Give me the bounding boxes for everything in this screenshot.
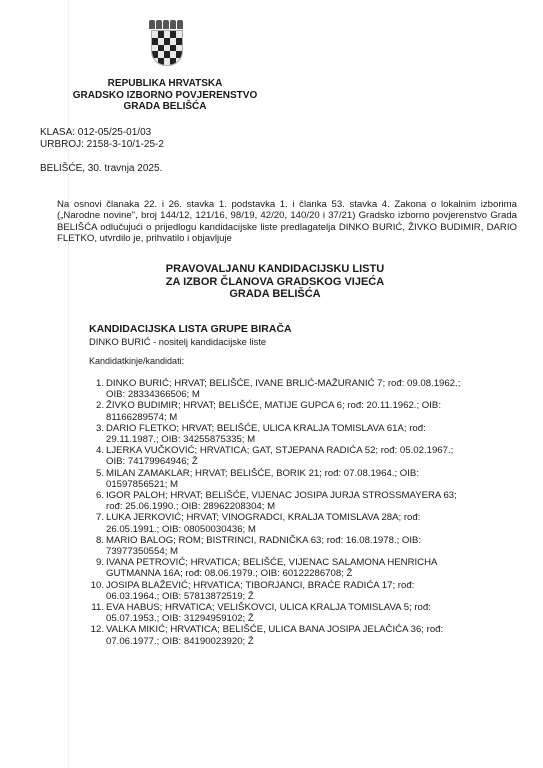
- title-line: PRAVOVALJANU KANDIDACIJSKU LISTU: [120, 263, 430, 276]
- candidate-number: 8.: [84, 535, 104, 546]
- candidate-number: 5.: [84, 468, 104, 479]
- candidate-number: 7.: [84, 512, 104, 523]
- candidate-item: 7.LUKA JERKOVIĆ; HRVAT; VINOGRADCI, KRAL…: [84, 512, 464, 534]
- candidate-details: EVA HABUS; HRVATICA; VELIŠKOVCI, ULICA K…: [106, 602, 431, 624]
- title-line: ZA IZBOR ČLANOVA GRADSKOG VIJEĆA: [120, 276, 430, 289]
- candidate-details: DARIO FLETKO; HRVAT; BELIŠĆE, ULICA KRAL…: [106, 423, 426, 445]
- header-line: REPUBLIKA HRVATSKA: [70, 78, 260, 90]
- candidate-details: ŽIVKO BUDIMIR; HRVAT; BELIŠĆE, MATIJE GU…: [106, 400, 441, 422]
- candidate-details: LUKA JERKOVIĆ; HRVAT; VINOGRADCI, KRALJA…: [106, 512, 420, 534]
- candidate-number: 1.: [84, 378, 104, 389]
- candidate-details: VALKA MIKIĆ; HRVATICA; BELIŠĆE, ULICA BA…: [106, 624, 443, 646]
- document-date: BELIŠĆE, 30. travnja 2025.: [40, 163, 162, 174]
- candidate-number: 4.: [84, 445, 104, 456]
- candidate-details: JOSIPA BLAŽEVIĆ; HRVATICA; TIBORJANCI, B…: [106, 580, 414, 602]
- klasa: KLASA: 012-05/25-01/03: [40, 127, 164, 139]
- candidate-item: 9.IVANA PETROVIĆ; HRVATICA; BELIŠĆE, VIJ…: [84, 557, 464, 579]
- candidate-details: DINKO BURIĆ; HRVAT; BELIŠĆE, IVANE BRLIĆ…: [106, 378, 460, 400]
- candidate-item: 2.ŽIVKO BUDIMIR; HRVAT; BELIŠĆE, MATIJE …: [84, 400, 464, 422]
- candidate-details: IGOR PALOH; HRVAT; BELIŠĆE, VIJENAC JOSI…: [106, 490, 457, 512]
- legal-basis-paragraph: Na osnovi članaka 22. i 26. stavka 1. po…: [57, 199, 517, 244]
- candidate-item: 1.DINKO BURIĆ; HRVAT; BELIŠĆE, IVANE BRL…: [84, 378, 464, 400]
- candidate-item: 8.MARIO BALOG; ROM; BISTRINCI, RADNIČKA …: [84, 535, 464, 557]
- candidate-item: 4.LJERKA VUČKOVIĆ; HRVATICA; GAT, STJEPA…: [84, 445, 464, 467]
- scan-edge: [68, 0, 69, 768]
- urbroj: URBROJ: 2158-3-10/1-25-2: [40, 139, 164, 151]
- candidate-number: 12.: [84, 624, 104, 635]
- candidate-number: 2.: [84, 400, 104, 411]
- list-holder: DINKO BURIĆ - nositelj kandidacijske lis…: [89, 336, 266, 347]
- candidate-list: 1.DINKO BURIĆ; HRVAT; BELIŠĆE, IVANE BRL…: [84, 378, 464, 647]
- candidate-item: 10.JOSIPA BLAŽEVIĆ; HRVATICA; TIBORJANCI…: [84, 580, 464, 602]
- document-title: PRAVOVALJANU KANDIDACIJSKU LISTU ZA IZBO…: [120, 263, 430, 301]
- candidate-details: MILAN ZAMAKLAR; HRVAT; BELIŠĆE, BORIK 21…: [106, 468, 419, 490]
- candidate-number: 9.: [84, 557, 104, 568]
- header-line: GRADSKO IZBORNO POVJERENSTVO: [70, 90, 260, 102]
- candidate-item: 12.VALKA MIKIĆ; HRVATICA; BELIŠĆE, ULICA…: [84, 624, 464, 646]
- candidate-item: 11.EVA HABUS; HRVATICA; VELIŠKOVCI, ULIC…: [84, 602, 464, 624]
- candidate-number: 11.: [84, 602, 104, 613]
- candidates-label: Kandidatkinje/kandidati:: [89, 356, 184, 366]
- issuer-header: REPUBLIKA HRVATSKA GRADSKO IZBORNO POVJE…: [70, 78, 260, 113]
- candidate-number: 6.: [84, 490, 104, 501]
- title-line: GRADA BELIŠĆA: [120, 288, 430, 301]
- candidate-details: LJERKA VUČKOVIĆ; HRVATICA; GAT, STJEPANA…: [106, 445, 453, 467]
- list-heading: KANDIDACIJSKA LISTA GRUPE BIRAČA: [89, 323, 292, 335]
- candidate-details: MARIO BALOG; ROM; BISTRINCI, RADNIČKA 63…: [106, 535, 421, 557]
- candidate-number: 10.: [84, 580, 104, 591]
- candidate-number: 3.: [84, 423, 104, 434]
- candidate-item: 3.DARIO FLETKO; HRVAT; BELIŠĆE, ULICA KR…: [84, 423, 464, 445]
- coat-of-arms-icon: [147, 20, 185, 66]
- reference-numbers: KLASA: 012-05/25-01/03 URBROJ: 2158-3-10…: [40, 127, 164, 150]
- candidate-item: 6.IGOR PALOH; HRVAT; BELIŠĆE, VIJENAC JO…: [84, 490, 464, 512]
- candidate-details: IVANA PETROVIĆ; HRVATICA; BELIŠĆE, VIJEN…: [106, 557, 437, 579]
- candidate-item: 5.MILAN ZAMAKLAR; HRVAT; BELIŠĆE, BORIK …: [84, 468, 464, 490]
- document-page: REPUBLIKA HRVATSKA GRADSKO IZBORNO POVJE…: [0, 0, 543, 768]
- header-line: GRADA BELIŠĆA: [70, 101, 260, 113]
